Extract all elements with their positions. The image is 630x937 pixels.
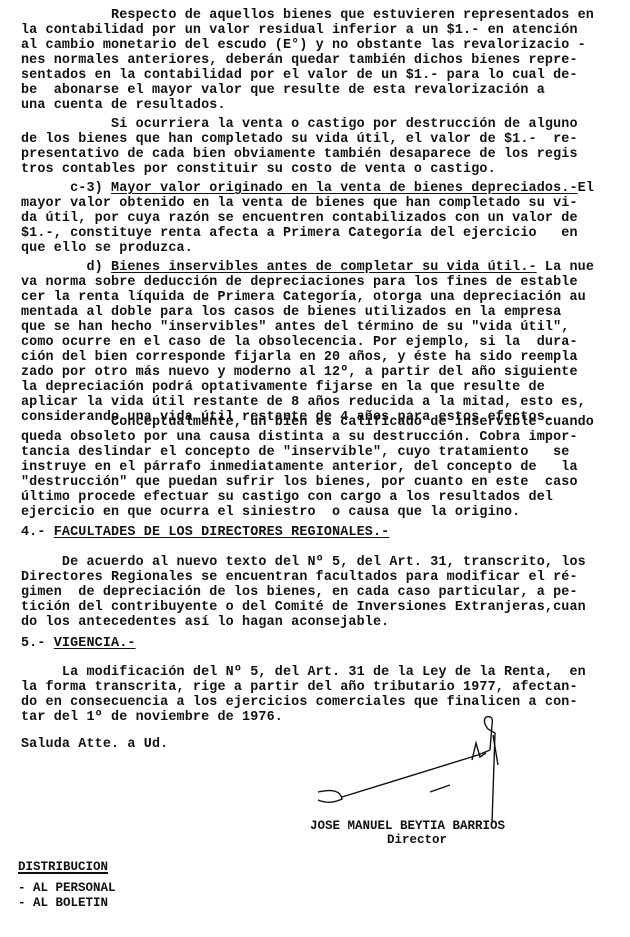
text-line: presentativo de cada bien obviamente tam… [21,147,578,162]
section-heading: 5.- VIGENCIA.- [21,636,136,651]
section-number: 5.- [21,636,54,651]
text-line: be abonarse el mayor valor que resulte d… [21,83,545,98]
text-line: aplicar la vida útil restante de 8 años … [21,395,586,410]
text-line: tros contables por constituir su costo d… [21,162,496,177]
text-line: la depreciación podrá optativamente fija… [21,380,545,395]
text-line: tar del 1º de noviembre de 1976. [21,710,283,725]
text-line: queda obsoleto por una causa distinta a … [21,430,578,445]
text-line: Directores Regionales se encuentran facu… [21,570,578,585]
text-line: ejercicio en que ocurra el siniestro o c… [21,505,520,520]
text-line: De acuerdo al nuevo texto del Nº 5, del … [21,555,586,570]
text-line: último procede efectuar su castigo con c… [21,490,553,505]
item-prefix: d) [21,260,111,275]
text-line: da útil, por cuya razón se encuentren co… [21,211,578,226]
text-line: do en consecuencia a los ejercicios come… [21,695,578,710]
text-line: como ocurre en el caso de la obsolecenci… [21,335,578,350]
section-number: 4.- [21,525,54,540]
text-line: do los antecedentes así lo hagan aconsej… [21,615,389,630]
text-line: Respecto de aquellos bienes que estuvier… [21,8,594,23]
signatory-name: JOSE MANUEL BEYTIA BARRIOS [310,819,505,833]
text-line: nes normales anteriores, deberán quedar … [21,53,578,68]
text-line: c-3) Mayor valor originado en la venta d… [21,181,594,196]
item-prefix: c-3) [21,181,111,196]
text-fragment: El [578,181,594,196]
text-line: va norma sobre deducción de depreciacion… [21,275,578,290]
text-line: de los bienes que han completado su vida… [21,132,578,147]
signatory-title: Director [387,833,447,847]
text-line: Conceptualmente, un bien es calificado d… [21,415,594,430]
section-title: VIGENCIA.- [54,636,136,651]
text-line: al cambio monetario del escudo (E°) y no… [21,38,586,53]
section-title: FACULTADES DE LOS DIRECTORES REGIONALES.… [54,525,390,540]
distribution-heading: DISTRIBUCION [18,860,108,874]
text-line: cer la renta líquida de Primera Categorí… [21,290,586,305]
text-line: la forma transcrita, rige a partir del a… [21,680,578,695]
text-line: d) Bienes inservibles antes de completar… [21,260,594,275]
section-heading: 4.- FACULTADES DE LOS DIRECTORES REGIONA… [21,525,389,540]
text-line: instruye en el párrafo inmediatamente an… [21,460,578,475]
item-heading: Bienes inservibles antes de completar su… [111,260,537,275]
text-line: Si ocurriera la venta o castigo por dest… [21,117,578,132]
text-line: "destrucción" que puedan sufrir los bien… [21,475,578,490]
distribution-item: - AL BOLETIN [18,896,108,910]
text-line: tición del contribuyente o del Comité de… [21,600,586,615]
text-line: una cuenta de resultados. [21,98,226,113]
text-line: la contabilidad por un valor residual in… [21,23,578,38]
text-line: mentada al doble para los casos de biene… [21,305,561,320]
text-line: $1.-, constituye renta afecta a Primera … [21,226,578,241]
closing-salutation: Saluda Atte. a Ud. [21,737,168,752]
distribution-item: - AL PERSONAL [18,881,116,895]
signature-scribble-icon [300,715,540,835]
text-line: sentados en la contabilidad por el valor… [21,68,578,83]
text-line: tancia deslindar el concepto de "inservi… [21,445,569,460]
text-fragment: La nue [537,260,594,275]
text-line: que ello se produzca. [21,241,193,256]
text-line: ción del bien corresponde fijarla en 20 … [21,350,578,365]
text-line: La modificación del Nº 5, del Art. 31 de… [21,665,586,680]
text-line: mayor valor obtenido en la venta de bien… [21,196,578,211]
text-line: zado por otro más nuevo y moderno al 12º… [21,365,578,380]
item-heading: Mayor valor originado en la venta de bie… [111,181,578,196]
text-line: gimen de depreciación de los bienes, en … [21,585,578,600]
text-line: que se han hecho "inservibles" antes del… [21,320,569,335]
